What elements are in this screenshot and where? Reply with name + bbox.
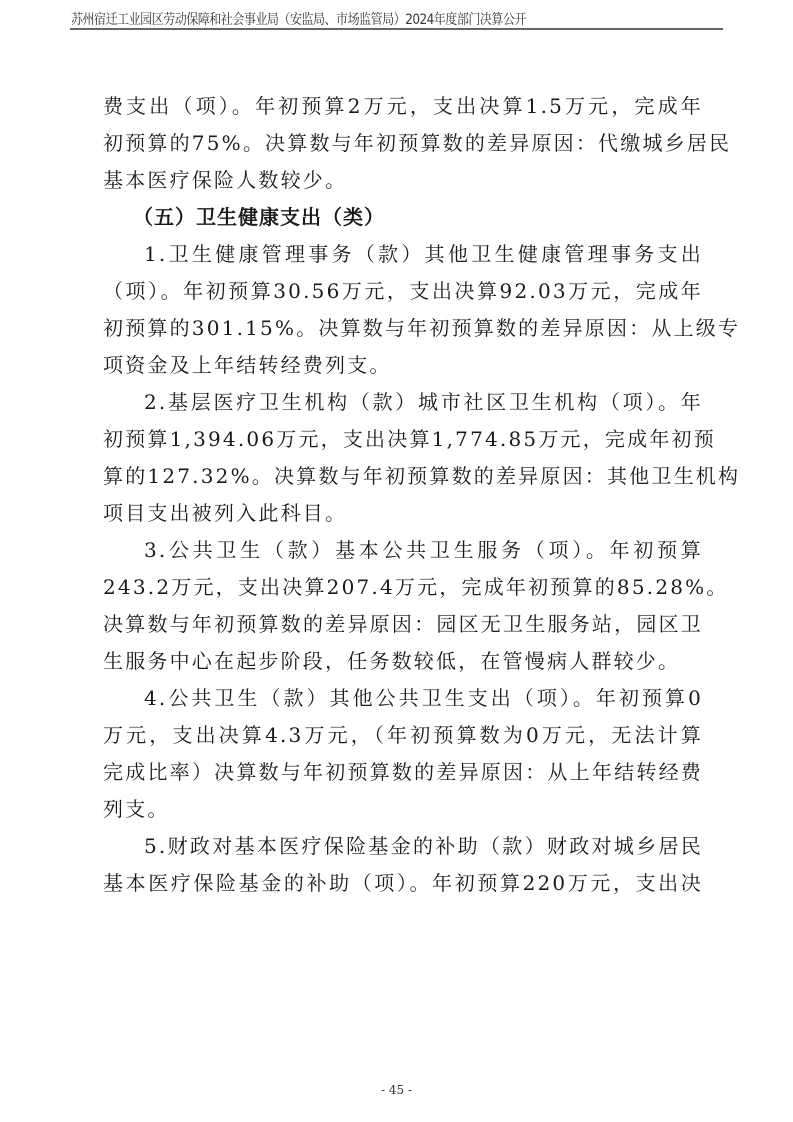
text-line: （项）。年初预算30.56万元，支出决算92.03万元，完成年 bbox=[103, 273, 703, 310]
page-number: - 45 - bbox=[0, 1083, 793, 1097]
header-rule bbox=[70, 28, 723, 30]
text-line: 初预算的75%。决算数与年初预算数的差异原因：代缴城乡居民 bbox=[103, 125, 703, 162]
text-line: 生服务中心在起步阶段，任务数较低，在管慢病人群较少。 bbox=[103, 643, 703, 680]
paragraph: 4.公共卫生（款）其他公共卫生支出（项）。年初预算0 万元，支出决算4.3万元，… bbox=[103, 680, 703, 828]
text-line: 完成比率）决算数与年初预算数的差异原因：从上年结转经费 bbox=[103, 754, 703, 791]
text-line: 算的127.32%。决算数与年初预算数的差异原因：其他卫生机构 bbox=[103, 458, 703, 495]
text-line: 项目支出被列入此科目。 bbox=[103, 495, 703, 532]
text-line: 3.公共卫生（款）基本公共卫生服务（项）。年初预算 bbox=[103, 532, 703, 569]
section-heading: （五）卫生健康支出（类） bbox=[103, 199, 703, 236]
paragraph: 2.基层医疗卫生机构（款）城市社区卫生机构（项）。年 初预算1,394.06万元… bbox=[103, 384, 703, 532]
text-line: 4.公共卫生（款）其他公共卫生支出（项）。年初预算0 bbox=[103, 680, 703, 717]
document-header: 苏州宿迁工业园区劳动保障和社会事业局（安监局、市场监管局）2024年度部门决算公… bbox=[71, 9, 526, 29]
text-line: 5.财政对基本医疗保险基金的补助（款）财政对城乡居民 bbox=[103, 828, 703, 865]
text-line: 万元，支出决算4.3万元，（年初预算数为0万元，无法计算 bbox=[103, 717, 703, 754]
paragraph: 1.卫生健康管理事务（款）其他卫生健康管理事务支出 （项）。年初预算30.56万… bbox=[103, 236, 703, 384]
text-line: 初预算的301.15%。决算数与年初预算数的差异原因：从上级专 bbox=[103, 310, 703, 347]
text-line: 初预算1,394.06万元，支出决算1,774.85万元，完成年初预 bbox=[103, 421, 703, 458]
text-line: 基本医疗保险人数较少。 bbox=[103, 162, 703, 199]
text-line: 2.基层医疗卫生机构（款）城市社区卫生机构（项）。年 bbox=[103, 384, 703, 421]
paragraph: 费支出（项）。年初预算2万元，支出决算1.5万元，完成年 初预算的75%。决算数… bbox=[103, 88, 703, 199]
text-line: 列支。 bbox=[103, 791, 703, 828]
paragraph: 3.公共卫生（款）基本公共卫生服务（项）。年初预算 243.2万元，支出决算20… bbox=[103, 532, 703, 680]
document-body: 费支出（项）。年初预算2万元，支出决算1.5万元，完成年 初预算的75%。决算数… bbox=[103, 88, 703, 902]
text-line: 决算数与年初预算数的差异原因：园区无卫生服务站，园区卫 bbox=[103, 606, 703, 643]
text-line: 1.卫生健康管理事务（款）其他卫生健康管理事务支出 bbox=[103, 236, 703, 273]
paragraph: 5.财政对基本医疗保险基金的补助（款）财政对城乡居民 基本医疗保险基金的补助（项… bbox=[103, 828, 703, 902]
text-line: 基本医疗保险基金的补助（项）。年初预算220万元，支出决 bbox=[103, 865, 703, 902]
text-line: 项资金及上年结转经费列支。 bbox=[103, 347, 703, 384]
text-line: 243.2万元，支出决算207.4万元，完成年初预算的85.28%。 bbox=[103, 569, 703, 606]
text-line: 费支出（项）。年初预算2万元，支出决算1.5万元，完成年 bbox=[103, 88, 703, 125]
